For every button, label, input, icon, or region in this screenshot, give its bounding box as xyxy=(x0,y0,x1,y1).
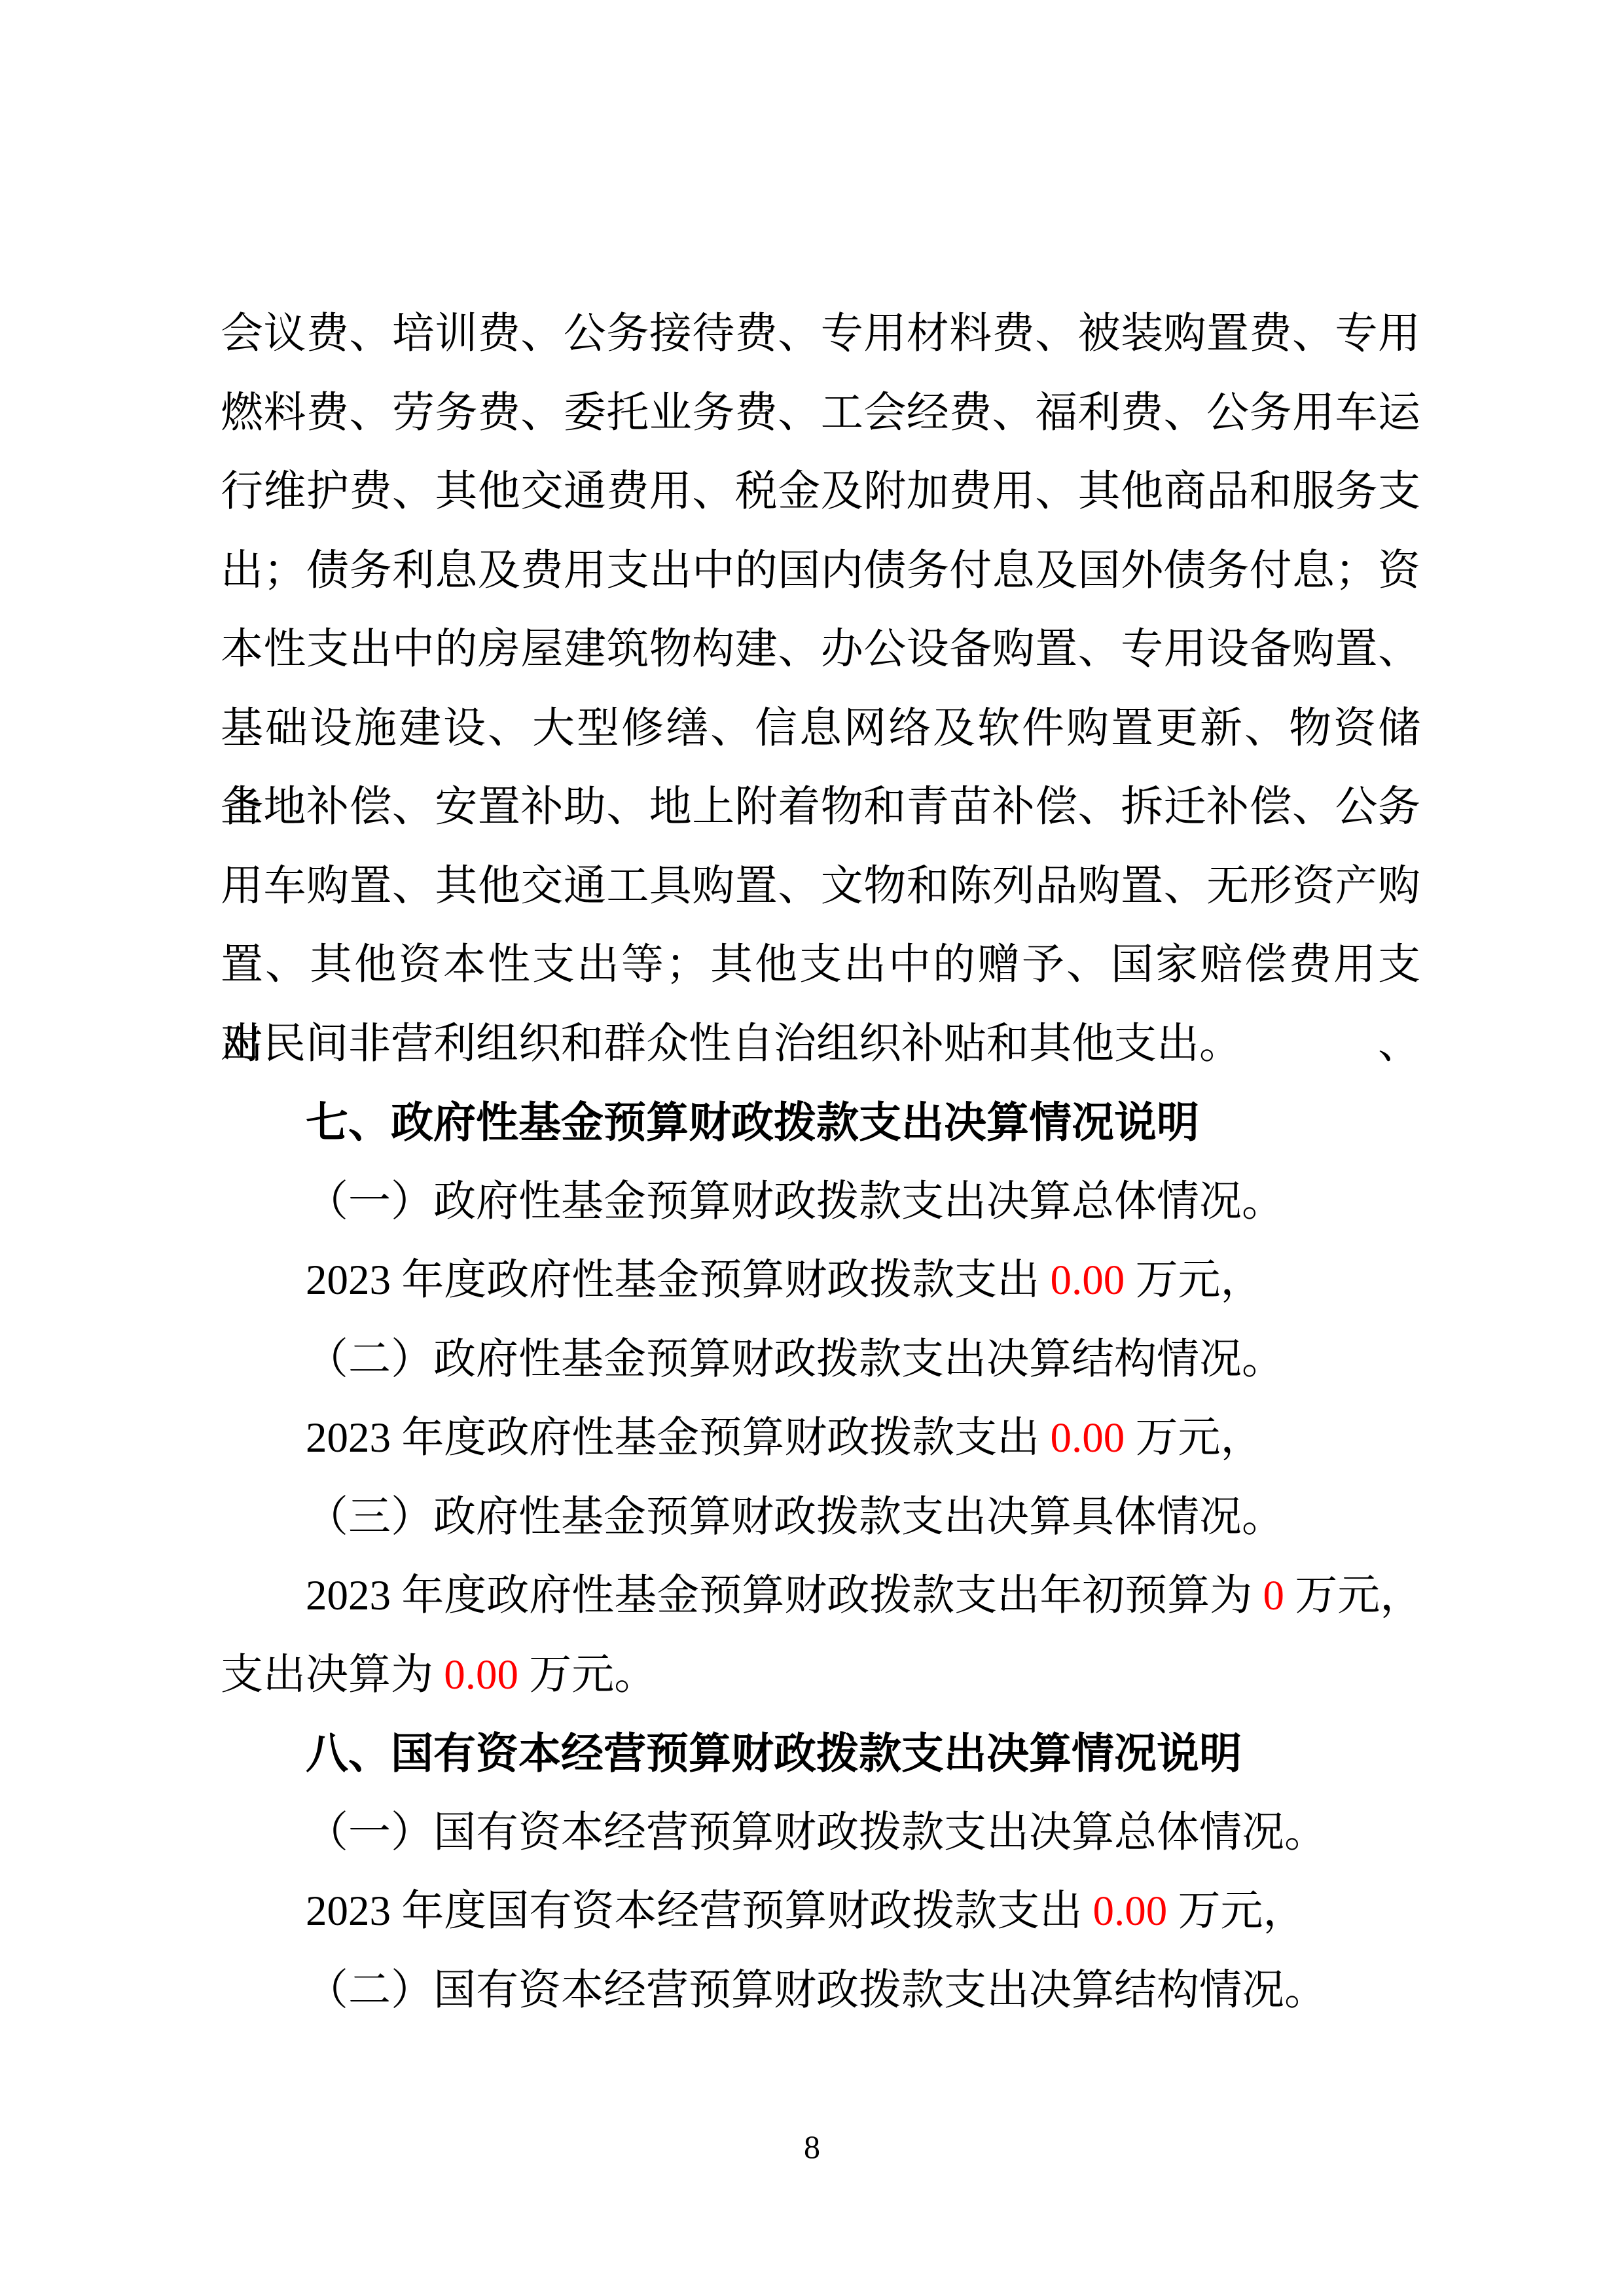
paragraph-line: 会议费、培训费、公务接待费、专用材料费、被装购置费、专用 xyxy=(221,295,1420,374)
text-segment: （三）政府性基金预算财政拨款支出决算具体情况。 xyxy=(306,1494,1284,1541)
document-body: 会议费、培训费、公务接待费、专用材料费、被装购置费、专用燃料费、劳务费、委托业务… xyxy=(221,295,1420,2030)
paragraph-line: 出；债务利息及费用支出中的国内债务付息及国外债务付息；资 xyxy=(221,531,1420,611)
subsection-line: （一）国有资本经营预算财政拨款支出决算总体情况。 xyxy=(221,1793,1420,1873)
text-segment: （二）国有资本经营预算财政拨款支出决算结构情况。 xyxy=(306,1967,1327,2014)
text-segment: 万元， xyxy=(1125,1414,1263,1462)
text-segment: 七、政府性基金预算财政拨款支出决算情况说明 xyxy=(306,1098,1199,1146)
text-segment: 土地补偿、安置补助、地上附着物和青苗补偿、拆迁补偿、公务 xyxy=(221,783,1420,831)
paragraph-line: 2023 年度国有资本经营预算财政拨款支出 0.00 万元， xyxy=(221,1872,1420,1951)
document-page: 会议费、培训费、公务接待费、专用材料费、被装购置费、专用燃料费、劳务费、委托业务… xyxy=(0,0,1624,2296)
text-segment: 本性支出中的房屋建筑物构建、办公设备购置、专用设备购置、 xyxy=(221,626,1420,673)
text-segment: 出；债务利息及费用支出中的国内债务付息及国外债务付息；资 xyxy=(221,547,1420,594)
text-segment: 万元。 xyxy=(518,1651,657,1698)
paragraph-line: 2023 年度政府性基金预算财政拨款支出 0.00 万元， xyxy=(221,1241,1420,1320)
paragraph-line: 支出决算为 0.00 万元。 xyxy=(221,1636,1420,1715)
paragraph-line: 用车购置、其他交通工具购置、文物和陈列品购置、无形资产购 xyxy=(221,847,1420,926)
text-segment: 2023 xyxy=(306,1572,391,1619)
text-segment: 年度国有资本经营预算财政拨款支出 xyxy=(391,1888,1093,1935)
text-segment: 行维护费、其他交通费用、税金及附加费用、其他商品和服务支 xyxy=(221,468,1420,515)
highlighted-amount: 0.00 xyxy=(1051,1414,1125,1462)
text-segment: 年度政府性基金预算财政拨款支出 xyxy=(391,1257,1051,1304)
highlighted-amount: 0 xyxy=(1263,1572,1285,1619)
text-segment: 年度政府性基金预算财政拨款支出年初预算为 xyxy=(391,1572,1263,1619)
text-segment: 支出决算为 xyxy=(221,1651,444,1698)
text-segment: 万元， xyxy=(1125,1257,1263,1304)
page-number: 8 xyxy=(0,2124,1624,2170)
paragraph-line: 行维护费、其他交通费用、税金及附加费用、其他商品和服务支 xyxy=(221,452,1420,531)
paragraph-line: 2023 年度政府性基金预算财政拨款支出年初预算为 0 万元， xyxy=(221,1556,1420,1636)
paragraph-line: 对民间非营利组织和群众性自治组织补贴和其他支出。 xyxy=(221,1005,1420,1084)
section-heading-7: 七、政府性基金预算财政拨款支出决算情况说明 xyxy=(221,1083,1420,1162)
paragraph-line: 基础设施建设、大型修缮、信息网络及软件购置更新、物资储备、 xyxy=(221,689,1420,768)
text-segment: 万元， xyxy=(1167,1888,1305,1935)
text-segment: 年度政府性基金预算财政拨款支出 xyxy=(391,1414,1051,1462)
paragraph-line: 2023 年度政府性基金预算财政拨款支出 0.00 万元， xyxy=(221,1399,1420,1478)
highlighted-amount: 0.00 xyxy=(1051,1257,1125,1304)
section-heading-8: 八、国有资本经营预算财政拨款支出决算情况说明 xyxy=(221,1714,1420,1793)
text-segment: （一）国有资本经营预算财政拨款支出决算总体情况。 xyxy=(306,1809,1327,1856)
text-segment: （二）政府性基金预算财政拨款支出决算结构情况。 xyxy=(306,1336,1284,1383)
text-segment: 用车购置、其他交通工具购置、文物和陈列品购置、无形资产购 xyxy=(221,863,1420,910)
text-segment: 燃料费、劳务费、委托业务费、工会经费、福利费、公务用车运 xyxy=(221,389,1420,437)
highlighted-amount: 0.00 xyxy=(444,1651,518,1698)
text-segment: 八、国有资本经营预算财政拨款支出决算情况说明 xyxy=(306,1729,1242,1777)
text-segment: 对民间非营利组织和群众性自治组织补贴和其他支出。 xyxy=(221,1020,1242,1067)
text-segment: 会议费、培训费、公务接待费、专用材料费、被装购置费、专用 xyxy=(221,310,1420,357)
paragraph-line: 置、其他资本性支出等；其他支出中的赠予、国家赔偿费用支出、 xyxy=(221,925,1420,1005)
subsection-line: （二）国有资本经营预算财政拨款支出决算结构情况。 xyxy=(221,1951,1420,2030)
paragraph-line: 燃料费、劳务费、委托业务费、工会经费、福利费、公务用车运 xyxy=(221,374,1420,453)
paragraph-line: 本性支出中的房屋建筑物构建、办公设备购置、专用设备购置、 xyxy=(221,610,1420,689)
highlighted-amount: 0.00 xyxy=(1093,1888,1168,1935)
text-segment: 2023 xyxy=(306,1888,391,1935)
text-segment: （一）政府性基金预算财政拨款支出决算总体情况。 xyxy=(306,1178,1284,1225)
text-segment: 2023 xyxy=(306,1414,391,1462)
text-segment: 2023 xyxy=(306,1257,391,1304)
text-segment: 万元， xyxy=(1284,1572,1422,1619)
subsection-line: （二）政府性基金预算财政拨款支出决算结构情况。 xyxy=(221,1320,1420,1399)
paragraph-line: 土地补偿、安置补助、地上附着物和青苗补偿、拆迁补偿、公务 xyxy=(221,768,1420,847)
subsection-line: （一）政府性基金预算财政拨款支出决算总体情况。 xyxy=(221,1162,1420,1242)
subsection-line: （三）政府性基金预算财政拨款支出决算具体情况。 xyxy=(221,1478,1420,1557)
